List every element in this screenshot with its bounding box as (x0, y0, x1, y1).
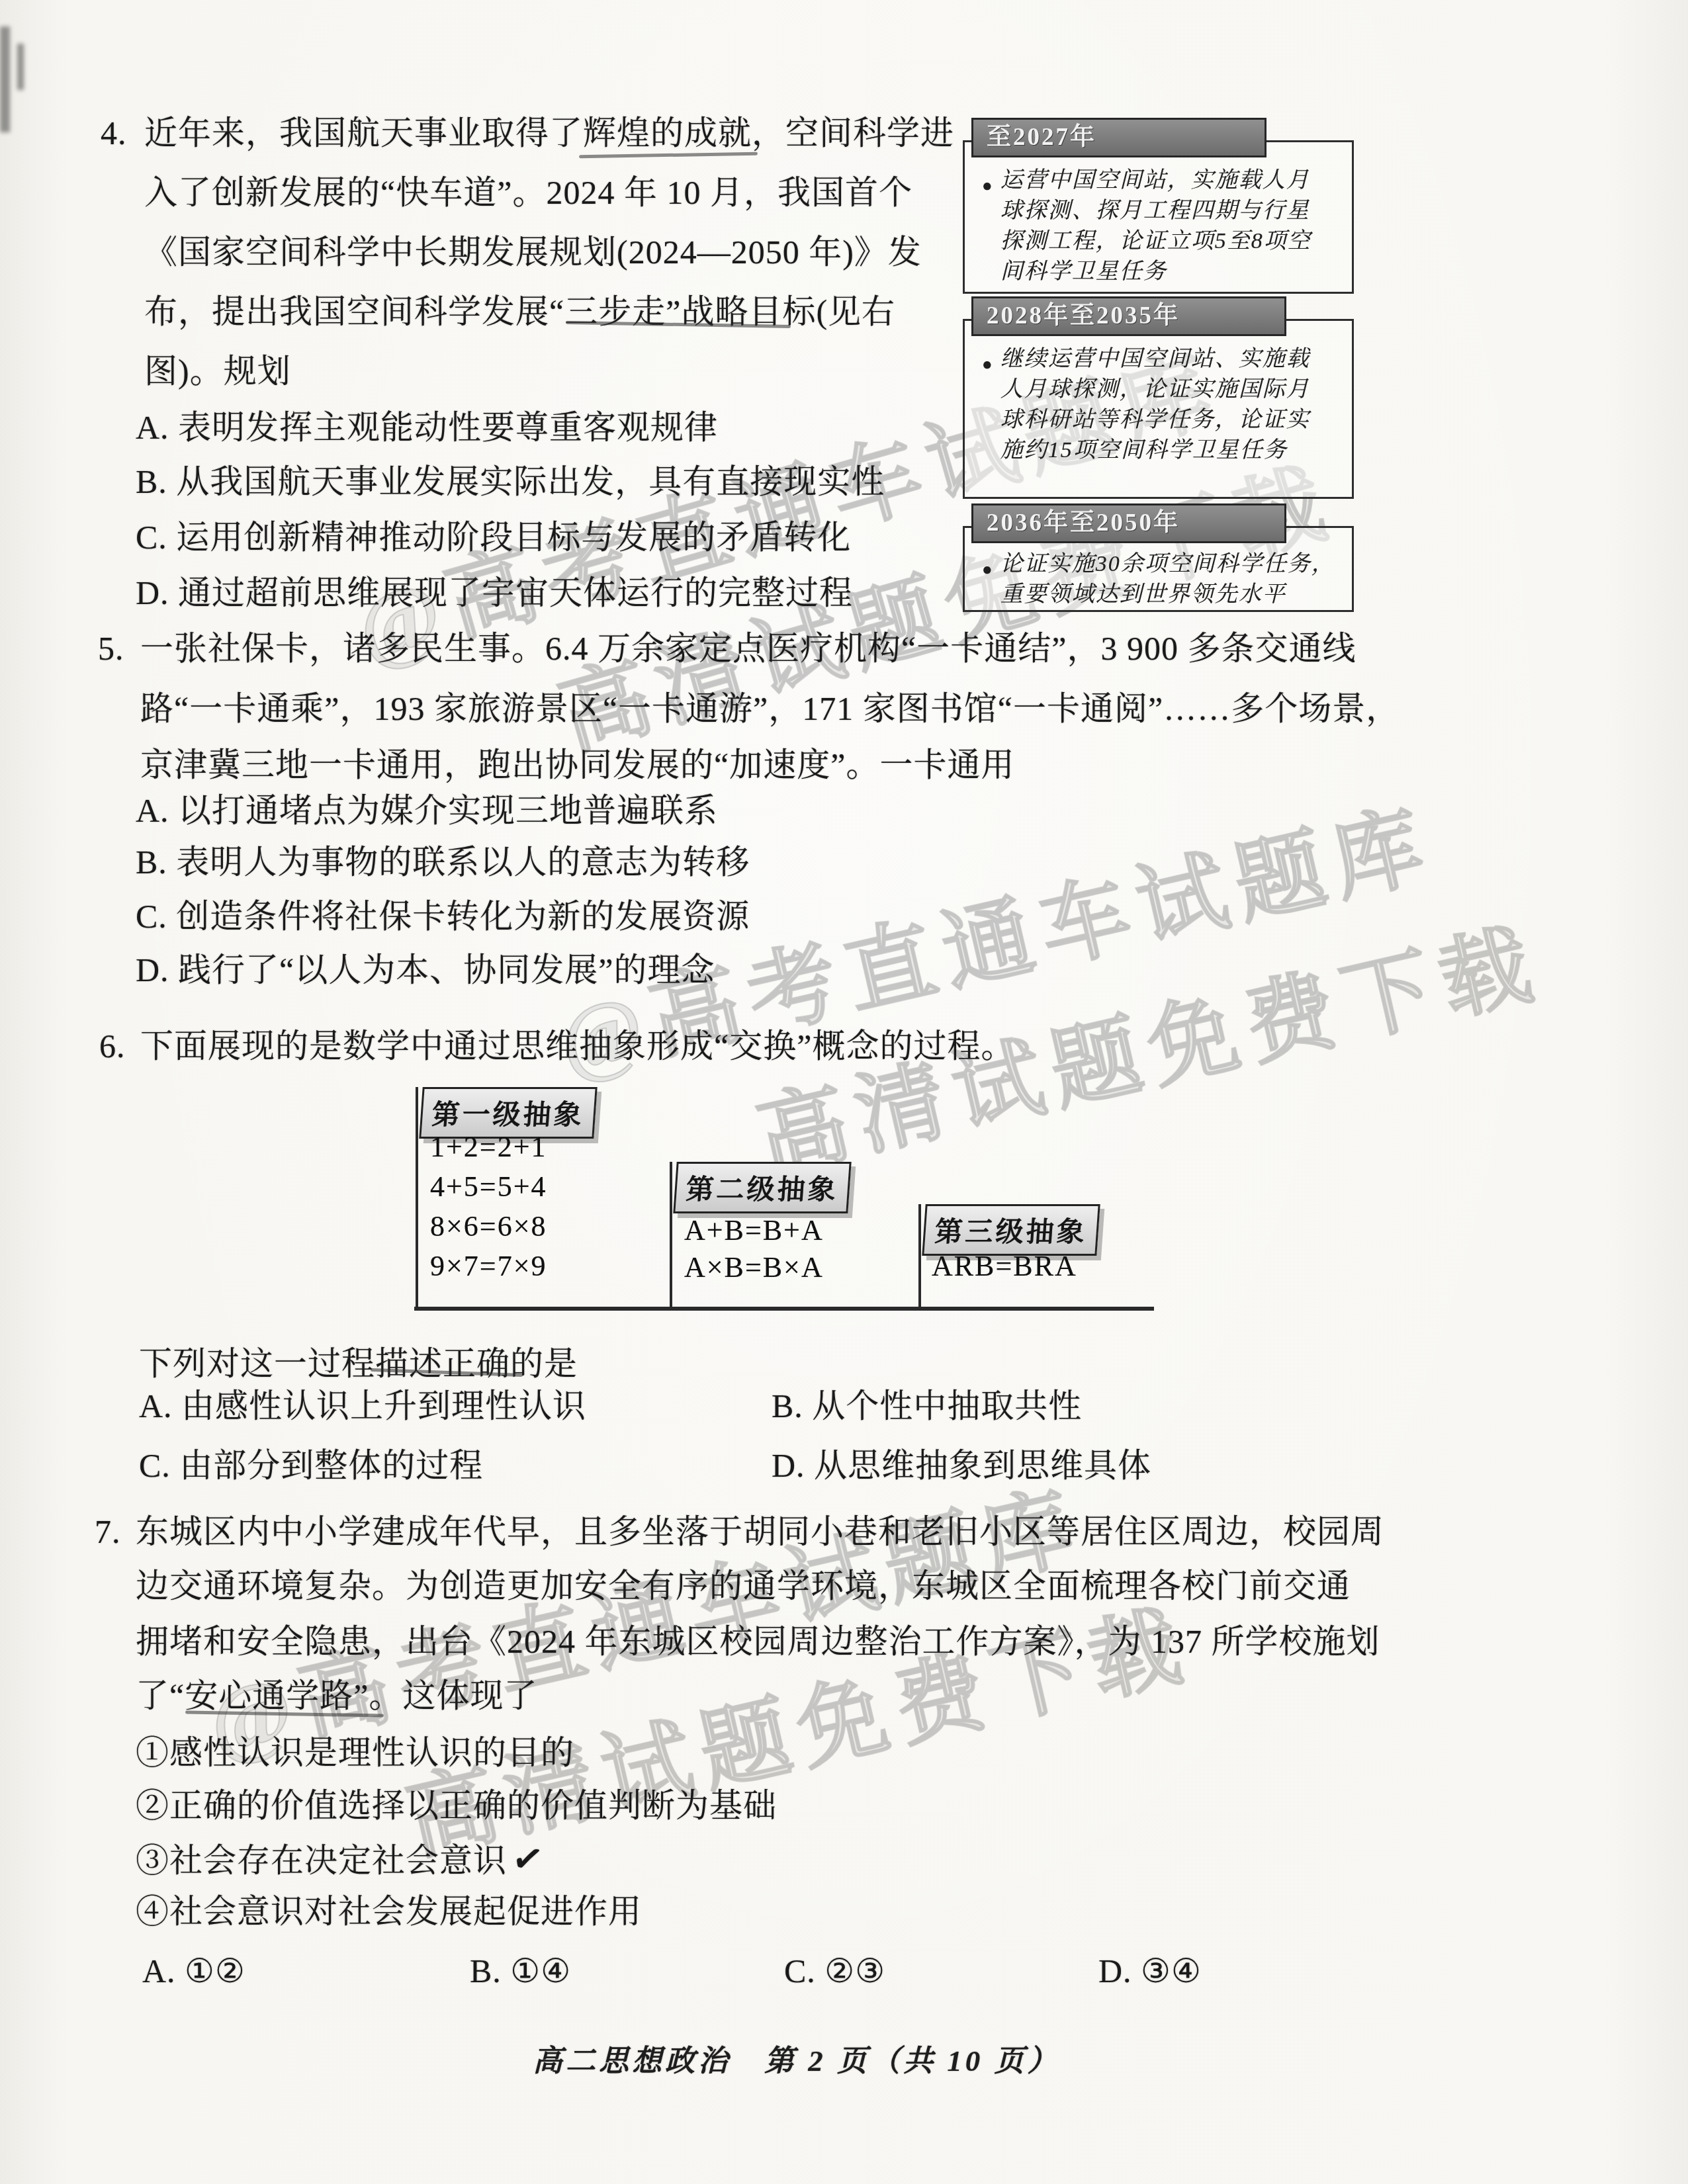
bullet-icon: ● (982, 554, 994, 585)
diagram-step-line-1 (416, 1087, 418, 1308)
equation: 4+5=5+4 (430, 1170, 547, 1203)
item-3-text: ③社会存在决定社会意识 (136, 1842, 507, 1879)
stage-3-period: 2036年至2050年 (971, 503, 1286, 543)
question-5-number: 5. (98, 629, 124, 668)
question-7-item-1: ①感性认识是理性认识的目的 (136, 1733, 574, 1772)
question-7-item-2: ②正确的价值选择以正确的价值判断为基础 (136, 1786, 777, 1825)
abstraction-level-3-label: 第三级抽象 (922, 1204, 1100, 1256)
question-4-option-c: C. 运用创新精神推动阶段目标与发展的矛盾转化 (136, 518, 851, 556)
scan-smudge (17, 44, 24, 90)
equation: 9×7=7×9 (430, 1249, 547, 1283)
question-4-option-b: B. 从我国航天事业发展实际出发，具有直接现实性 (136, 462, 885, 501)
equation: 8×6=6×8 (430, 1209, 547, 1243)
question-5-line: 路“一卡通乘”，193 家旅游景区“一卡通游”，171 家图书馆“一卡通阅”……… (140, 689, 1399, 728)
question-5-option-c: C. 创造条件将社保卡转化为新的发展资源 (136, 897, 750, 936)
stage-1-task: ● 运营中国空间站，实施载人月球探测、探月工程四期与行星探测工程，论证立项5至8… (982, 165, 1326, 287)
stage-1-period: 至2027年 (971, 118, 1266, 157)
question-7-line: 拥堵和安全隐患，出台《2024 年东城区校园周边整治工作方案》，为 137 所学… (136, 1622, 1380, 1661)
question-6-option-a: A. 由感性认识上升到理性认识 (139, 1387, 586, 1425)
equation: A×B=B×A (684, 1250, 824, 1284)
question-5-line: 京津冀三地一卡通用，跑出协同发展的“加速度”。一卡通用 (140, 746, 1014, 784)
question-7-line: 东城区内中小学建成年代早，且多坐落于胡同小巷和老旧小区等居住区周边，校园周 (136, 1512, 1384, 1551)
question-7-option-c: C. ②③ (784, 1952, 885, 1990)
equation: A+B=B+A (684, 1213, 824, 1247)
stage-task-text: 论证实施30余项空间科学任务，重要领域达到世界领先水平 (1000, 549, 1339, 610)
stage-2-task: ● 继续运营中国空间站、实施载人月球探测，论证实施国际月球科研站等科学任务，论证… (982, 344, 1326, 466)
equation: 1+2=2+1 (430, 1130, 547, 1164)
stage-task-text: 继续运营中国空间站、实施载人月球探测，论证实施国际月球科研站等科学任务，论证实施… (1000, 344, 1326, 466)
question-7-item-4: ④社会意识对社会发展起促进作用 (136, 1892, 642, 1931)
question-4-number: 4. (101, 114, 127, 152)
exam-page: @高考直通车试题库 高清试题免费下载 @高考直通车试题库 高清试题免费下载 @高… (0, 0, 1688, 2184)
question-6-option-b: B. 从个性中抽取共性 (772, 1387, 1082, 1425)
question-4-option-d: D. 通过超前思维展现了宇宙天体运行的完整过程 (136, 574, 853, 612)
pen-underline (579, 152, 758, 159)
stage-3-task: ● 论证实施30余项空间科学任务，重要领域达到世界领先水平 (982, 549, 1339, 610)
question-7-line: 边交通环境复杂。为创造更加安全有序的通学环境，东城区全面梳理各校门前交通 (136, 1567, 1351, 1605)
question-5-option-a: A. 以打通堵点为媒介实现三地普遍联系 (136, 791, 718, 830)
question-6-followup: 下列对这一过程描述正确的是 (139, 1344, 578, 1383)
question-6-option-c: C. 由部分到整体的过程 (139, 1446, 483, 1485)
question-4-line: 图)。规划 (144, 352, 291, 390)
question-7-option-d: D. ③④ (1098, 1952, 1202, 1990)
abstraction-level-2-label: 第二级抽象 (673, 1162, 851, 1213)
question-7-line: 了“安心通学路”。这体现了 (136, 1677, 537, 1715)
question-4-line: 入了创新发展的“快车道”。2024 年 10 月，我国首个 (144, 173, 912, 212)
question-4-option-a: A. 表明发挥主观能动性要尊重客观规律 (136, 408, 718, 447)
bullet-icon: ● (982, 349, 994, 380)
stage-2-period: 2028年至2035年 (971, 296, 1286, 336)
scan-smudge (0, 26, 10, 132)
question-6-number: 6. (99, 1027, 126, 1065)
question-4-line: 近年来，我国航天事业取得了辉煌的成就，空间科学进 (144, 114, 954, 152)
equation: ARB=BRA (932, 1249, 1077, 1283)
question-5-option-b: B. 表明人为事物的联系以人的意志为转移 (136, 843, 750, 881)
watermark-line: 高清试题免费下载 (393, 1573, 1201, 1878)
question-7-number: 7. (95, 1512, 121, 1551)
question-5-option-d: D. 践行了“以人为本、协同发展”的理念 (136, 951, 715, 989)
diagram-step-line-2 (670, 1162, 672, 1308)
question-4-line: 《国家空间科学中长期发展规划(2024—2050 年)》发 (144, 233, 922, 271)
question-7-option-a: A. ①② (142, 1952, 245, 1990)
question-6-option-d: D. 从思维抽象到思维具体 (772, 1446, 1151, 1485)
stage-task-text: 运营中国空间站，实施载人月球探测、探月工程四期与行星探测工程，论证立项5至8项空… (1000, 165, 1326, 287)
check-mark-icon: ✓ (509, 1838, 547, 1881)
page-footer: 高二思想政治 第 2 页（共 10 页） (533, 2036, 1061, 2079)
diagram-baseline (414, 1307, 1154, 1311)
diagram-step-line-3 (918, 1204, 921, 1308)
watermark-line: @高考直通车试题库 (194, 1436, 1169, 1779)
question-7-item-3: ③社会存在决定社会意识✓ (136, 1841, 544, 1880)
question-7-option-b: B. ①④ (470, 1952, 571, 1990)
bullet-icon: ● (982, 171, 994, 201)
question-5-line: 一张社保卡，诸多民生事。6.4 万余家定点医疗机构“一卡通结”，3 900 多条… (140, 629, 1356, 668)
question-6-stem: 下面展现的是数学中通过思维抽象形成“交换”概念的过程。 (140, 1027, 1014, 1065)
